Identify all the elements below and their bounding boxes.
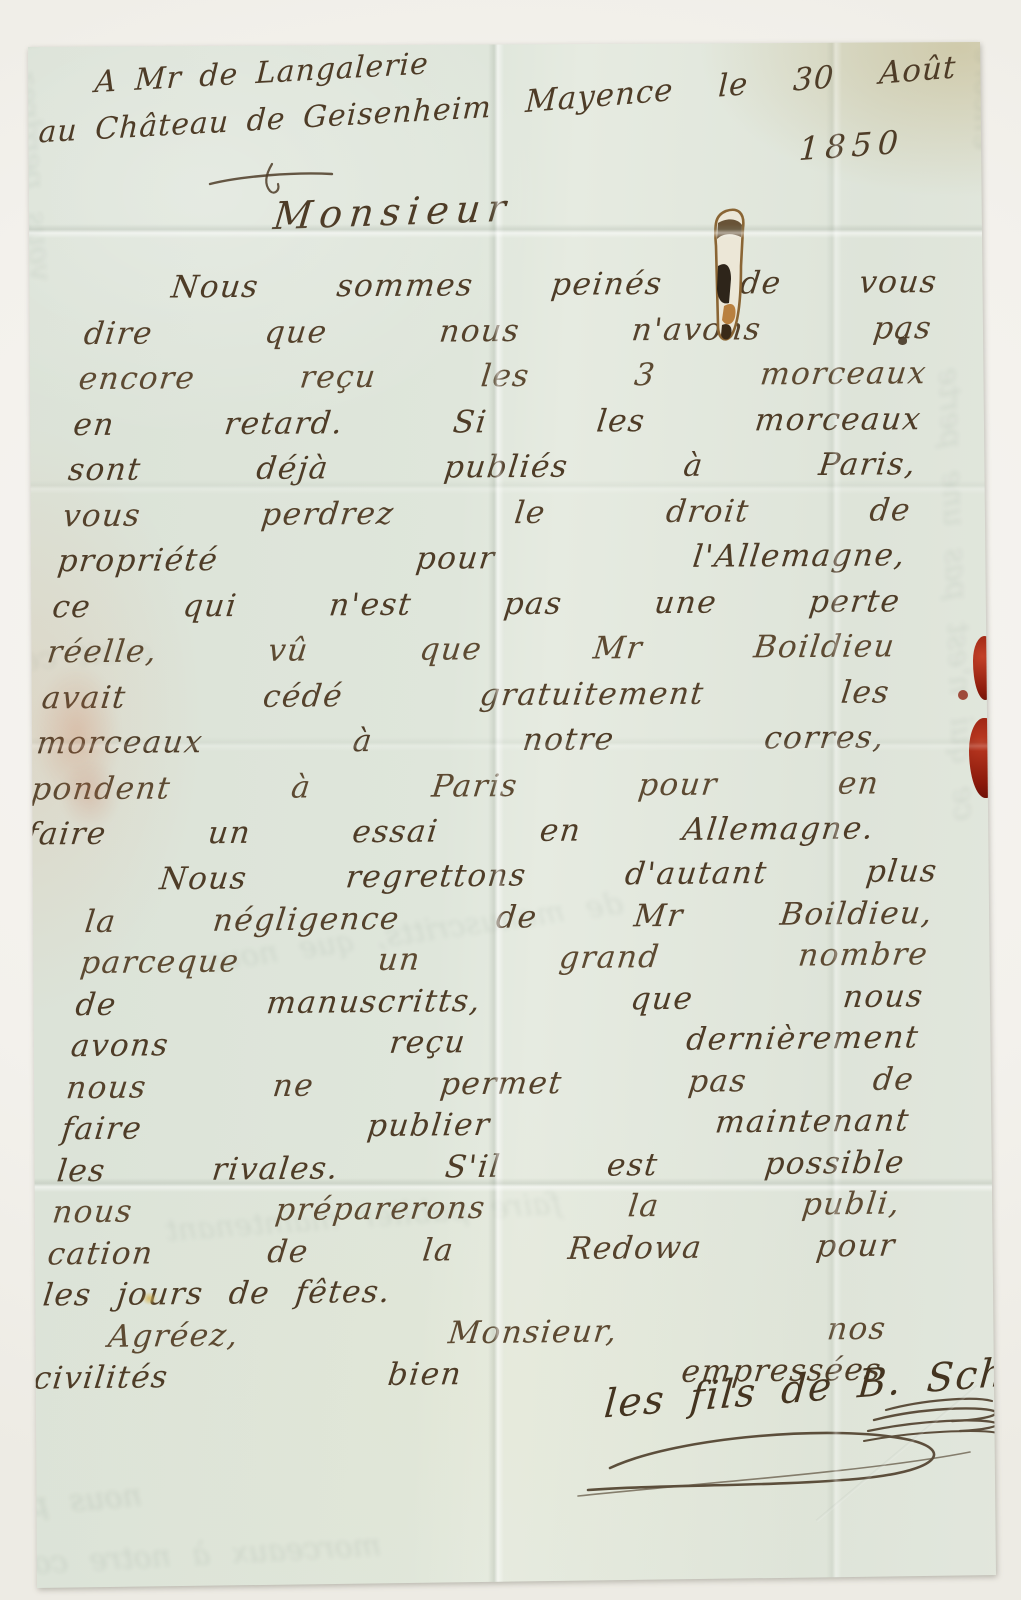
fold-crease-horizontal	[28, 737, 994, 751]
letter-body-paragraph-2: Nous regrettons d'autant plusla négligen…	[31, 851, 940, 1400]
fold-crease-horizontal	[28, 480, 994, 494]
letter-line: faire un essai en Allemagne.	[24, 807, 877, 858]
fold-crease-horizontal	[28, 1178, 994, 1192]
letter-line: Nous sommes peinés de vous	[87, 260, 940, 311]
dateline-place: Mayence le 30 Août	[524, 48, 974, 120]
bleedthrough-text: encore reçu les 3 morceaux	[967, 0, 1010, 150]
wax-seal-residue	[973, 636, 998, 700]
letter-line: réelle, vû que Mr Boildieu	[45, 624, 898, 675]
letter-page: encore reçu les 3 morceaux ce qui n'est …	[0, 0, 1021, 1600]
fold-crease-vertical	[488, 42, 504, 1582]
letter-line: avait cédé gratuitement les	[39, 670, 892, 721]
fold-crease-vertical	[826, 42, 842, 1582]
letter-line: vous perdrez le droit de	[60, 488, 913, 539]
photo-backdrop: encore reçu les 3 morceaux ce qui n'est …	[0, 0, 1021, 1600]
bleedthrough-text: morceaux à notre corres,	[0, 1528, 382, 1585]
letter-line: ce qui n'est pas une perte	[50, 579, 903, 630]
paper-shadow: encore reçu les 3 morceaux ce qui n'est …	[0, 0, 1021, 1600]
fold-crease-horizontal	[28, 224, 994, 238]
letter-line: pondent à Paris pour en	[29, 761, 882, 812]
wax-seal-residue	[958, 690, 968, 700]
bleedthrough-text: nous préparerons la publi,	[0, 1478, 143, 1551]
signature-flourish-icon	[568, 1388, 1008, 1518]
dateline-year: 1850	[798, 123, 905, 169]
letter-line: dire que nous n'avons pas	[81, 306, 934, 357]
address-flourish-icon	[208, 160, 338, 196]
letter-body-paragraph-1: Nous sommes peinés de vousdire que nous …	[24, 260, 940, 858]
letter-line: propriété pour l'Allemagne,	[55, 533, 908, 584]
recipient-address: A Mr de Langalerie au Château de Geisenh…	[37, 35, 519, 156]
wax-seal-residue	[969, 718, 1000, 798]
